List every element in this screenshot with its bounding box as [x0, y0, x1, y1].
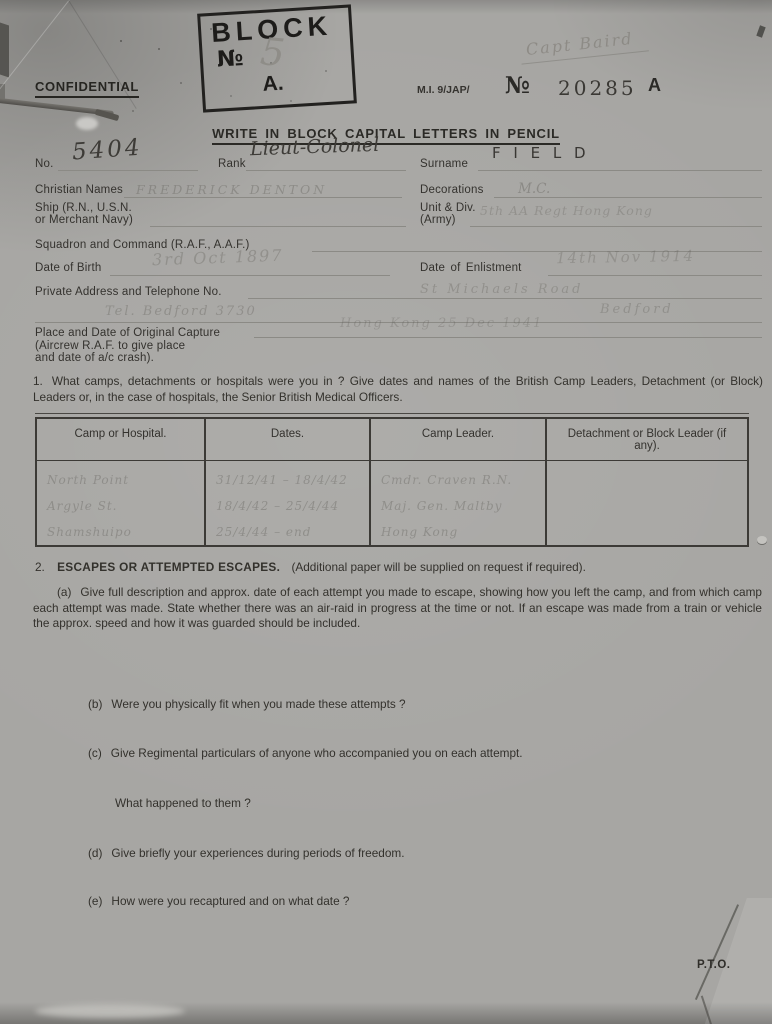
bottom-light-blob [35, 1004, 185, 1018]
camps-table-body: North Point Argyle St. Shamshuipo 31/12/… [37, 461, 747, 545]
question-2e-text: How were you recaptured and on what date… [111, 894, 349, 908]
camp-entry: Shamshuipo [47, 519, 200, 545]
leader-entry: Hong Kong [381, 519, 541, 545]
private-address-label: Private Address and Telephone No. [35, 286, 222, 298]
christian-names-value-pencil: FREDERICK DENTON [136, 182, 327, 197]
date-of-birth-line [110, 274, 390, 276]
no-line [58, 169, 198, 171]
capture-label-line3: and date of a/c crash). [35, 352, 154, 364]
camps-table: Camp or Hospital. Dates. Camp Leader. De… [35, 417, 749, 547]
surname-value-handwritten: F I E L D [492, 144, 590, 162]
date-of-birth-label: Date of Birth [35, 262, 102, 274]
dates-entry: 25/4/44 – end [216, 519, 365, 545]
question-2a-marker: (a) [57, 585, 71, 599]
question-2c-marker: (c) [88, 746, 102, 760]
surname-line [478, 169, 762, 171]
ref-no-symbol: № [505, 72, 530, 99]
camps-table-header-row: Camp or Hospital. Dates. Camp Leader. De… [37, 419, 747, 461]
pencil-name-note: Capt Baird [519, 27, 649, 64]
question-2d-marker: (d) [88, 846, 102, 860]
corner-speck [756, 25, 765, 37]
leader-entry: Maj. Gen. Maltby [381, 493, 541, 519]
private-address-line-1 [248, 297, 762, 299]
question-2b-marker: (b) [88, 697, 102, 711]
date-of-enlistment-value-pencil: 14th Nov 1914 [556, 247, 695, 267]
question-2b-text: Were you physically fit when you made th… [111, 697, 405, 711]
question-2a: (a)Give full description and approx. dat… [33, 585, 762, 632]
ref-dept-label: M.I. 9/JAP/ [417, 84, 470, 96]
camp-entry: North Point [47, 467, 200, 493]
question-1-marker: 1. [33, 374, 43, 388]
question-1-text: What camps, detachments or hospitals wer… [33, 374, 763, 404]
unit-div-label-line2: (Army) [420, 214, 456, 226]
capture-value-pencil: Hong Kong 25 Dec 1941 [340, 316, 543, 331]
confidential-label: CONFIDENTIAL [35, 79, 139, 98]
date-of-enlistment-label: Date of Enlistment [420, 262, 522, 274]
no-value-handwritten: 5404 [71, 135, 143, 166]
header-camp-or-hospital: Camp or Hospital. [37, 419, 206, 460]
ship-label-line1: Ship (R.N., U.S.N. [35, 202, 132, 214]
unit-div-line [470, 225, 762, 227]
question-2e-marker: (e) [88, 894, 102, 908]
question-2-note: (Additional paper will be supplied on re… [291, 560, 585, 574]
question-2c: (c)Give Regimental particulars of anyone… [88, 746, 523, 762]
decorations-label: Decorations [420, 184, 484, 196]
rank-line [246, 169, 406, 171]
capture-label-line1: Place and Date of Original Capture [35, 327, 220, 339]
header-camp-leader: Camp Leader. [371, 419, 547, 460]
header-detachment-leader: Detachment or Block Leader (if any). [547, 419, 747, 460]
address-value-road-pencil: St Michaels Road [420, 282, 583, 297]
no-label: No. [35, 158, 54, 170]
stamp-no-symbol: № [216, 46, 244, 73]
question-2-marker: 2. [35, 560, 45, 574]
date-of-birth-value-pencil: 3rd Oct 1897 [152, 246, 284, 270]
christian-names-label: Christian Names [35, 184, 123, 196]
edge-tear-mark [757, 536, 767, 544]
rank-value-handwritten: Lieut-Colonel [250, 134, 380, 160]
stamp-pencil-number: 5 [259, 29, 287, 75]
pto-label: P.T.O. [697, 959, 730, 971]
question-2e: (e)How were you recaptured and on what d… [88, 894, 349, 910]
question-2c-followup: What happened to them ? [115, 796, 251, 812]
date-of-enlistment-line [548, 274, 762, 276]
decorations-value-pencil: M.C. [518, 181, 550, 197]
stamp-block-letter: A. [262, 72, 284, 97]
header-dates: Dates. [206, 419, 371, 460]
question-2d: (d)Give briefly your experiences during … [88, 846, 405, 862]
ship-line [150, 225, 406, 227]
rank-label: Rank [218, 158, 246, 170]
surname-label: Surname [420, 158, 468, 170]
scanned-pow-questionnaire-page: { "header": { "confidential": "CONFIDENT… [0, 0, 772, 1024]
column-camps: North Point Argyle St. Shamshuipo [37, 461, 206, 545]
unit-div-value-pencil: 5th AA Regt Hong Kong [480, 203, 653, 218]
dates-entry: 31/12/41 – 18/4/42 [216, 467, 365, 493]
torn-edge-mark [0, 23, 9, 78]
question-2d-text: Give briefly your experiences during per… [111, 846, 404, 860]
capture-label-line2: (Aircrew R.A.F. to give place [35, 340, 185, 352]
column-block-leaders [547, 461, 747, 545]
column-leaders: Cmdr. Craven R.N. Maj. Gen. Maltby Hong … [371, 461, 547, 545]
crease-line [0, 0, 71, 132]
address-value-town-pencil: Bedford [600, 302, 674, 317]
dates-entry: 18/4/42 – 25/4/44 [216, 493, 365, 519]
question-2b: (b)Were you physically fit when you made… [88, 697, 406, 713]
column-dates: 31/12/41 – 18/4/42 18/4/42 – 25/4/44 25/… [206, 461, 371, 545]
question-2c-text: Give Regimental particulars of anyone wh… [111, 746, 523, 760]
address-value-tel-pencil: Tel. Bedford 3730 [105, 304, 257, 319]
ship-label-line2: or Merchant Navy) [35, 214, 133, 226]
ref-number: 20285 [558, 76, 637, 100]
unit-div-label-line1: Unit & Div. [420, 202, 476, 214]
leader-entry: Cmdr. Craven R.N. [381, 467, 541, 493]
question-2-heading: 2. ESCAPES OR ATTEMPTED ESCAPES. (Additi… [35, 560, 763, 576]
question-2-title: ESCAPES OR ATTEMPTED ESCAPES. [57, 560, 280, 574]
camp-entry: Argyle St. [47, 493, 200, 519]
question-1: 1.What camps, detachments or hospitals w… [33, 374, 763, 405]
question-2a-text: Give full description and approx. date o… [33, 585, 762, 630]
block-number-stamp: BLOCK № 5 A. [197, 4, 357, 112]
paper-speckles [120, 40, 122, 42]
capture-line [254, 336, 762, 338]
ref-suffix: A [648, 75, 661, 96]
